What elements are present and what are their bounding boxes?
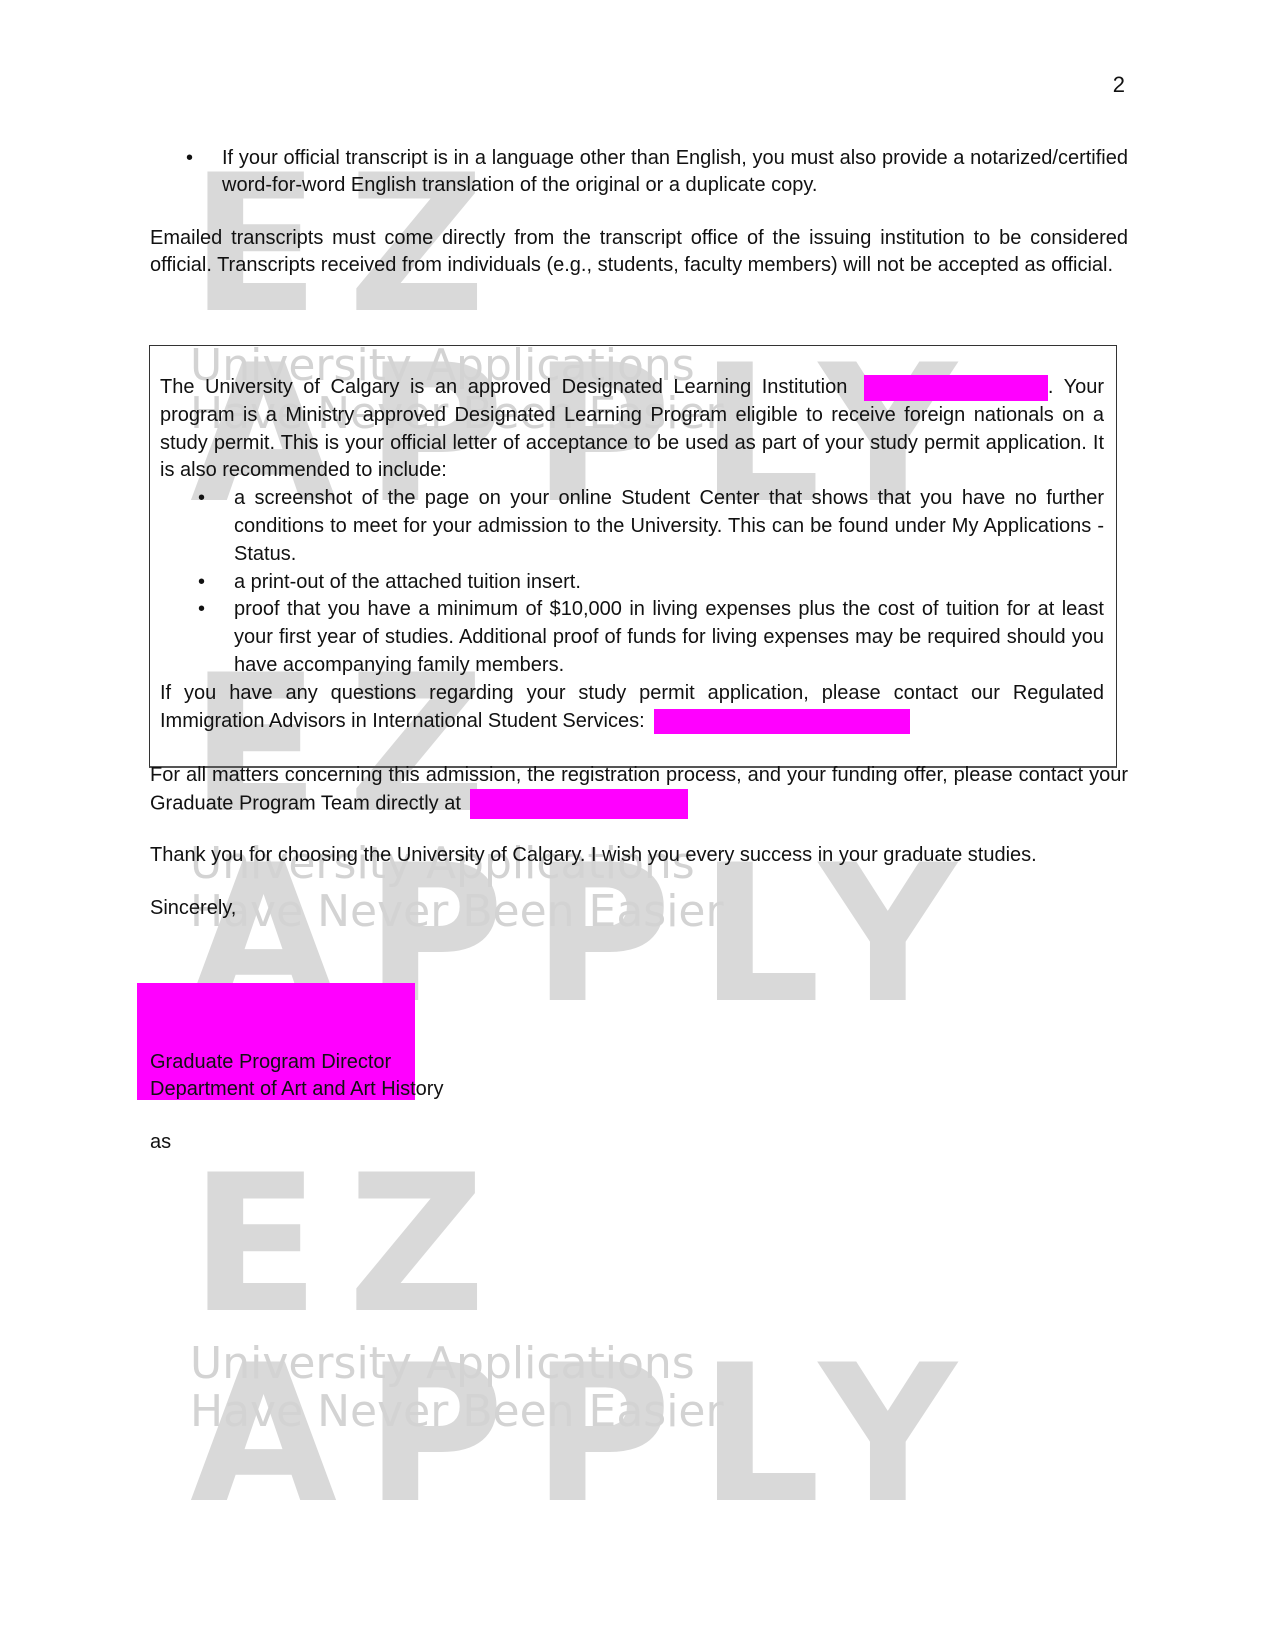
redacted-dli-number <box>864 375 1048 401</box>
page-number: 2 <box>1113 72 1125 98</box>
recommendation-item: • a print-out of the attached tuition in… <box>160 569 1104 597</box>
dli-paragraph: The University of Calgary is an approved… <box>160 374 1104 485</box>
recommendation-item: • proof that you have a minimum of $10,0… <box>160 596 1104 679</box>
questions-paragraph: If you have any questions regarding your… <box>160 680 1104 736</box>
redacted-iss-contact <box>654 709 910 734</box>
closing: Sincerely, <box>150 895 1128 922</box>
signatory-department: Department of Art and Art History <box>150 1076 1128 1103</box>
bullet-icon: • <box>186 145 193 172</box>
signatory-title: Graduate Program Director <box>150 1049 1128 1076</box>
contact-paragraph: For all matters concerning this admissio… <box>150 762 1128 819</box>
thank-you-paragraph: Thank you for choosing the University of… <box>150 842 1128 869</box>
bullet-icon: • <box>198 596 205 624</box>
bullet-icon: • <box>198 569 205 597</box>
letter-page: 2 • If your official transcript is in a … <box>0 0 1275 1650</box>
recommendation-item: • a screenshot of the page on your onlin… <box>160 485 1104 568</box>
bullet-icon: • <box>198 485 205 513</box>
translation-bullet: • If your official transcript is in a la… <box>150 145 1128 199</box>
trailing-text: as <box>150 1129 1128 1156</box>
redacted-program-email <box>470 789 688 819</box>
study-permit-box: The University of Calgary is an approved… <box>149 345 1117 768</box>
bullet-text: If your official transcript is in a lang… <box>222 147 1128 196</box>
emailed-transcripts-paragraph: Emailed transcripts must come directly f… <box>150 225 1128 279</box>
